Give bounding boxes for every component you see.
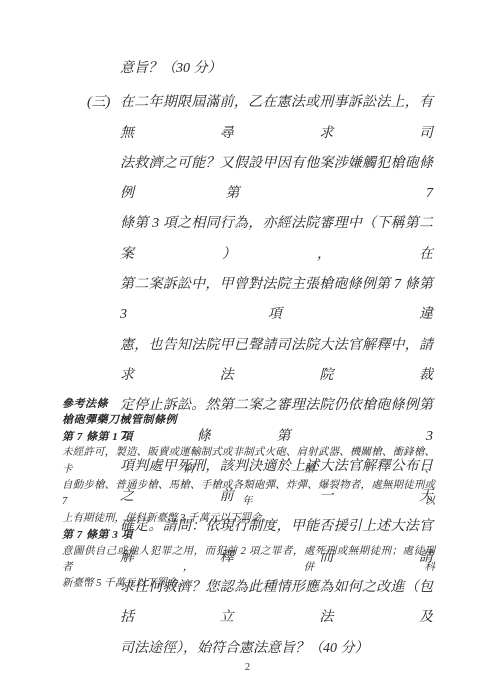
reference-article-7-3-line-2: 新臺幣 5 千萬元以下罰金。 [62, 576, 435, 592]
question-item-3-line-2: 法救濟之可能？又假設甲因有他案涉嫌觸犯槍砲條例第 7 [120, 149, 433, 210]
question-item-3-line-4: 第二案訴訟中，甲曾對法院主張槍砲條例第 7 條第 3 項違 [120, 270, 433, 331]
reference-article-7-1-line-2: 自動步槍、普通步槍、馬槍、手槍或各類砲彈、炸彈、爆裂物者，處無期徒刑或 7 年以 [62, 478, 435, 511]
question-item-3-first-text: 在二年期限屆滿前，乙在憲法或刑事訴訟法上，有無尋求司 [120, 95, 433, 140]
question-item-3-line-3: 條第 3 項之相同行為，亦經法院審理中（下稱第二案），在 [120, 209, 433, 270]
reference-article-7-3-line-1: 意圖供自己或他人犯罪之用，而犯前 2 項之罪者，處死刑或無期徒刑；處徒刑者，併科 [62, 544, 435, 577]
question-item-3-line-1: (三)在二年期限屆滿前，乙在憲法或刑事訴訟法上，有無尋求司 [120, 88, 433, 149]
question-intro-line: 意旨？（30 分） [120, 54, 433, 84]
page-number: 2 [0, 662, 495, 673]
reference-law-title: 槍砲彈藥刀械管制條例 [62, 412, 435, 428]
reference-heading: 參考法條 [62, 396, 435, 412]
reference-article-7-1-line-1: 未經許可，製造、販賣或運輸制式或非制式火砲、肩射武器、機關槍、衝鋒槍、卡柄槍、 [62, 445, 435, 478]
question-item-3-line-5: 憲，也告知法院甲已聲請司法院大法官解釋中，請求法院裁 [120, 331, 433, 392]
reference-article-7-1-heading: 第 7 條第 1 項 [62, 429, 435, 445]
question-item-3-line-10: 司法途徑），始符合憲法意旨？（40 分） [120, 634, 433, 664]
reference-article-7-1-line-3: 上有期徒刑，併科新臺幣 3 千萬元以下罰金。 [62, 511, 435, 527]
document-page: 意旨？（30 分） (三)在二年期限屆滿前，乙在憲法或刑事訴訟法上，有無尋求司 … [0, 0, 495, 700]
reference-article-7-3-heading: 第 7 條第 3 項 [62, 527, 435, 543]
question-item-3-label: (三) [87, 88, 110, 118]
reference-statutes-block: 參考法條 槍砲彈藥刀械管制條例 第 7 條第 1 項 未經許可，製造、販賣或運輸… [62, 396, 435, 593]
